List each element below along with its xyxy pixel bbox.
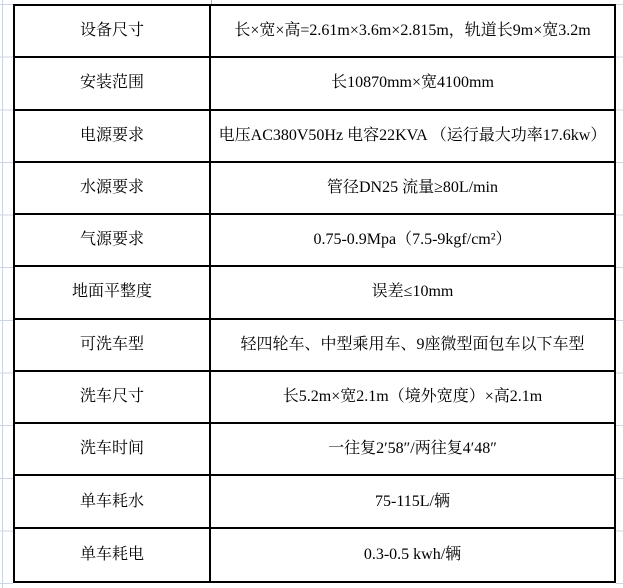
spec-value: 电压AC380V50Hz 电容22KVA （运行最大功率17.6kw） [219, 126, 607, 146]
spec-label: 洗车时间 [80, 439, 144, 459]
spec-label-cell: 设备尺寸 [15, 6, 211, 56]
spec-sheet: 设备尺寸 长×宽×高=2.61m×3.6m×2.815m，轨道长9m×宽3.2m… [0, 0, 623, 588]
spec-value-cell: 一往复2′58″/两往复4′48″ [211, 424, 614, 474]
sheet-gridline-stubs-right [616, 4, 623, 584]
table-row-floor-flatness: 地面平整度 误差≤10mm [15, 267, 614, 319]
spec-label-cell: 洗车尺寸 [15, 372, 211, 422]
spec-label-cell: 水源要求 [15, 163, 211, 213]
table-row-power-requirement: 电源要求 电压AC380V50Hz 电容22KVA （运行最大功率17.6kw） [15, 111, 614, 163]
spec-value-cell: 管径DN25 流量≥80L/min [211, 163, 614, 213]
spec-label-cell: 安装范围 [15, 58, 211, 108]
spec-label: 可洗车型 [80, 335, 144, 355]
table-row-wash-time: 洗车时间 一往复2′58″/两往复4′48″ [15, 424, 614, 476]
spec-value: 长×宽×高=2.61m×3.6m×2.815m，轨道长9m×宽3.2m [234, 21, 590, 41]
spec-value: 轻四轮车、中型乘用车、9座微型面包车以下车型 [240, 335, 584, 355]
spec-label: 地面平整度 [72, 282, 152, 302]
spec-value-cell: 电压AC380V50Hz 电容22KVA （运行最大功率17.6kw） [211, 111, 614, 161]
spec-value: 一往复2′58″/两往复4′48″ [328, 439, 497, 459]
spec-label: 洗车尺寸 [80, 387, 144, 407]
spec-value: 长5.2m×宽2.1m（境外宽度）×高2.1m [283, 387, 542, 407]
spec-label: 水源要求 [80, 178, 144, 198]
spec-value: 长10870mm×宽4100mm [331, 73, 494, 93]
spec-label: 单车耗电 [80, 545, 144, 565]
spec-label-cell: 可洗车型 [15, 320, 211, 370]
spec-table: 设备尺寸 长×宽×高=2.61m×3.6m×2.815m，轨道长9m×宽3.2m… [13, 4, 616, 583]
spec-value-cell: 长×宽×高=2.61m×3.6m×2.815m，轨道长9m×宽3.2m [211, 6, 614, 56]
spec-value-cell: 0.3-0.5 kwh/辆 [211, 529, 614, 581]
spec-label-cell: 气源要求 [15, 215, 211, 265]
spec-label-cell: 电源要求 [15, 111, 211, 161]
spec-value-cell: 轻四轮车、中型乘用车、9座微型面包车以下车型 [211, 320, 614, 370]
spec-label: 单车耗水 [80, 492, 144, 512]
spec-value: 75-115L/辆 [375, 492, 450, 512]
spec-value-cell: 75-115L/辆 [211, 476, 614, 526]
spec-label: 气源要求 [80, 230, 144, 250]
table-row-air-requirement: 气源要求 0.75-0.9Mpa（7.5-9kgf/cm²） [15, 215, 614, 267]
spec-label-cell: 单车耗电 [15, 529, 211, 581]
spec-value-cell: 误差≤10mm [211, 267, 614, 317]
spec-label-cell: 地面平整度 [15, 267, 211, 317]
spec-label-cell: 单车耗水 [15, 476, 211, 526]
table-row-washable-vehicles: 可洗车型 轻四轮车、中型乘用车、9座微型面包车以下车型 [15, 320, 614, 372]
spec-value: 误差≤10mm [372, 282, 454, 302]
spec-value: 0.75-0.9Mpa（7.5-9kgf/cm²） [313, 230, 511, 250]
table-row-wash-size: 洗车尺寸 长5.2m×宽2.1m（境外宽度）×高2.1m [15, 372, 614, 424]
spec-value-cell: 0.75-0.9Mpa（7.5-9kgf/cm²） [211, 215, 614, 265]
table-row-power-per-car: 单车耗电 0.3-0.5 kwh/辆 [15, 529, 614, 581]
table-row-equipment-size: 设备尺寸 长×宽×高=2.61m×3.6m×2.815m，轨道长9m×宽3.2m [15, 6, 614, 58]
table-row-water-per-car: 单车耗水 75-115L/辆 [15, 476, 614, 528]
spec-value: 0.3-0.5 kwh/辆 [364, 545, 461, 565]
spec-label-cell: 洗车时间 [15, 424, 211, 474]
spec-label: 安装范围 [80, 73, 144, 93]
spec-label: 设备尺寸 [80, 21, 144, 41]
table-row-install-range: 安装范围 长10870mm×宽4100mm [15, 58, 614, 110]
spec-value-cell: 长10870mm×宽4100mm [211, 58, 614, 108]
sheet-gridline-stubs-left [0, 4, 13, 584]
spec-label: 电源要求 [80, 126, 144, 146]
table-row-water-requirement: 水源要求 管径DN25 流量≥80L/min [15, 163, 614, 215]
spec-value: 管径DN25 流量≥80L/min [327, 178, 498, 198]
spec-value-cell: 长5.2m×宽2.1m（境外宽度）×高2.1m [211, 372, 614, 422]
